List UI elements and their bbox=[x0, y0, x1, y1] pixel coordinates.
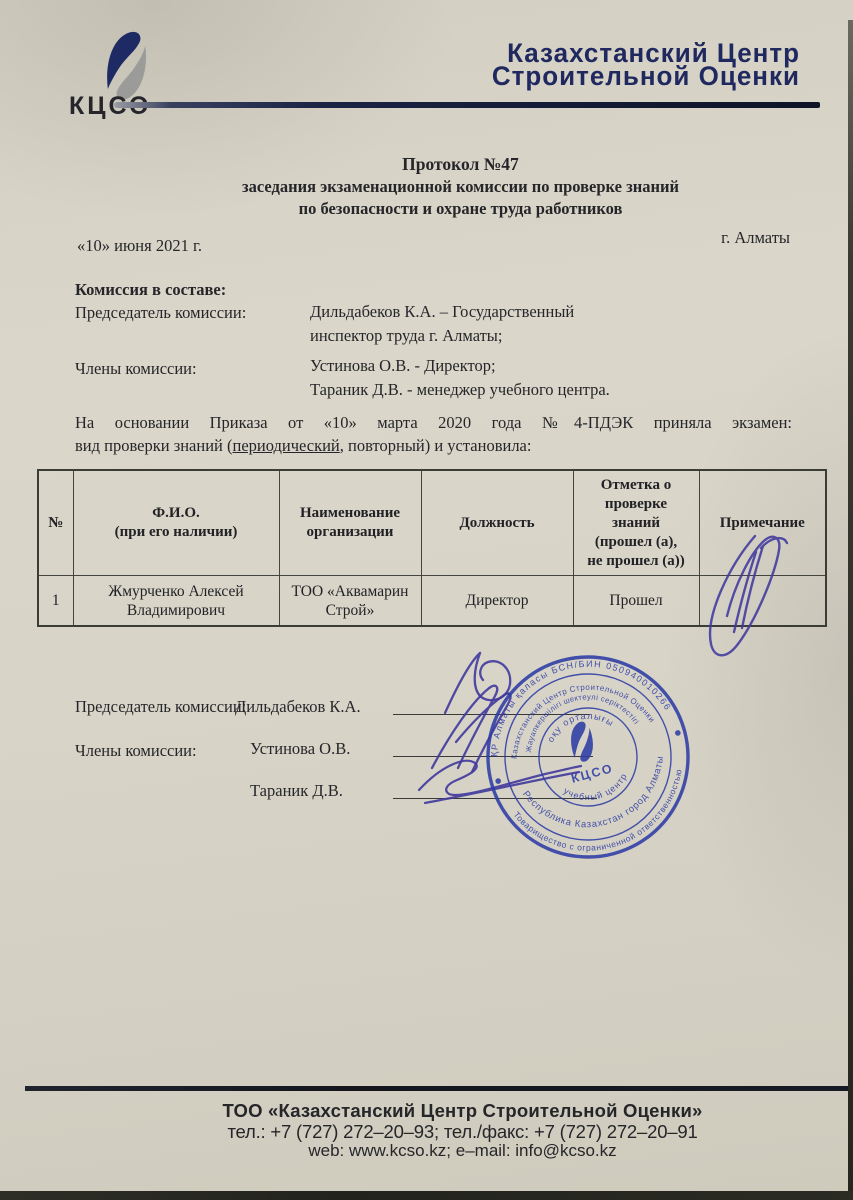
stamp-seal: ҚР Алматы қаласы БСН/БИН 050940010266 То… bbox=[483, 652, 693, 862]
chairman-label: Председатель комиссии: bbox=[75, 303, 246, 323]
scanned-protocol-document: КЦСО Казахстанский Центр Строительной Оц… bbox=[0, 0, 853, 1200]
footer: ТОО «Казахстанский Центр Строительной Оц… bbox=[105, 1101, 820, 1160]
document-date: «10» июня 2021 г. bbox=[77, 236, 202, 256]
order-line2-before: вид проверки знаний ( bbox=[75, 436, 233, 455]
members-label: Члены комиссии: bbox=[75, 359, 197, 379]
col-header-org: Наименование организации bbox=[279, 470, 421, 576]
sig-member2-name: Тараник Д.В. bbox=[250, 781, 343, 801]
sig-members-label: Члены комиссии: bbox=[75, 741, 197, 761]
protocol-number: Протокол №47 bbox=[103, 153, 818, 176]
brand-wordmark: Казахстанский Центр Строительной Оценки bbox=[492, 41, 800, 87]
document-title: Протокол №47 заседания экзаменационной к… bbox=[103, 153, 818, 219]
order-line2: вид проверки знаний (периодический, повт… bbox=[75, 434, 792, 457]
cell-org: ТОО «Аквамарин Строй» bbox=[279, 576, 421, 627]
col-header-num: № bbox=[38, 470, 73, 576]
member2-value: Тараник Д.В. - менеджер учебного центра. bbox=[310, 380, 610, 400]
signature-note-cell bbox=[693, 530, 801, 662]
stamp-center-abbr: КЦСО bbox=[570, 761, 615, 786]
order-line2-after: , повторный) и установила: bbox=[340, 436, 532, 455]
stamp-logo-icon bbox=[566, 720, 598, 764]
sig-member1-name: Устинова О.В. bbox=[250, 739, 350, 759]
order-line1: На основании Приказа от «10» марта 2020 … bbox=[75, 411, 792, 434]
commission-heading: Комиссия в составе: bbox=[75, 280, 226, 300]
col-header-position: Должность bbox=[421, 470, 573, 576]
cell-fio: Жмурченко Алексей Владимирович bbox=[73, 576, 279, 627]
col-header-mark: Отметка о проверке знаний (прошел (а), н… bbox=[573, 470, 699, 576]
scan-edge-bottom bbox=[0, 1191, 853, 1200]
cell-mark: Прошел bbox=[573, 576, 699, 627]
sig-chairman-label: Председатель комиссии: bbox=[75, 697, 246, 717]
footer-company: ТОО «Казахстанский Центр Строительной Оц… bbox=[105, 1101, 820, 1121]
order-paragraph: На основании Приказа от «10» марта 2020 … bbox=[75, 411, 792, 457]
brand-line2: Строительной Оценки bbox=[492, 64, 800, 87]
cell-num: 1 bbox=[38, 576, 73, 627]
col-header-fio: Ф.И.О. (при его наличии) bbox=[73, 470, 279, 576]
title-line3: по безопасности и охране труда работнико… bbox=[103, 198, 818, 220]
document-city: г. Алматы bbox=[721, 228, 790, 248]
footer-phones: тел.: +7 (727) 272–20–93; тел./факс: +7 … bbox=[105, 1122, 820, 1141]
member1-value: Устинова О.В. - Директор; bbox=[310, 356, 496, 376]
header-divider-rule bbox=[114, 102, 820, 108]
footer-web-email: web: www.kcso.kz; e–mail: info@kcso.kz bbox=[105, 1142, 820, 1160]
order-underlined-word: периодический bbox=[233, 436, 340, 455]
footer-divider-rule bbox=[25, 1086, 851, 1091]
cell-position: Директор bbox=[421, 576, 573, 627]
chairman-value: Дильдабеков К.А. – Государственный инспе… bbox=[310, 300, 574, 348]
title-line2: заседания экзаменационной комиссии по пр… bbox=[103, 176, 818, 198]
scan-edge-right bbox=[848, 20, 853, 1200]
sig-chairman-name: Дильдабеков К.А. bbox=[235, 697, 361, 717]
